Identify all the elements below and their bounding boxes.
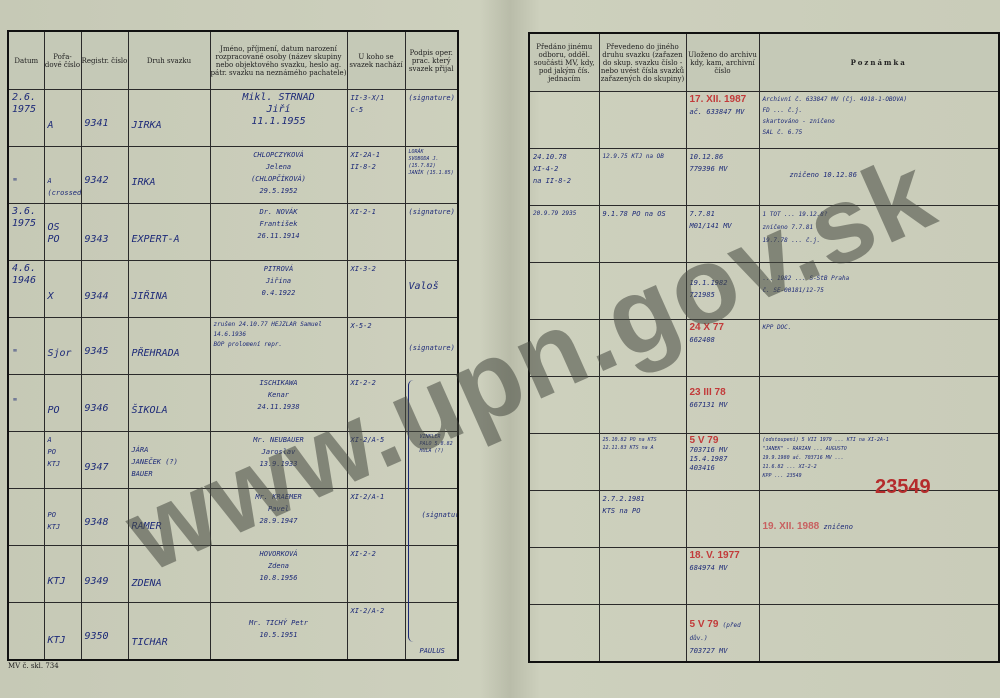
row-signature: (signature) bbox=[422, 509, 455, 543]
row-archive: 703716 MV 15.4.1987 403416 bbox=[690, 446, 728, 472]
archive-stamp: 5 V 79 bbox=[690, 619, 719, 630]
row-handed bbox=[533, 94, 596, 146]
row-location: X-5-2 bbox=[351, 320, 402, 372]
row-order: A (crossed) bbox=[48, 175, 78, 201]
row-note: Archivní č. 633847 MV (čj. 4918-1-OBOVA)… bbox=[763, 94, 996, 146]
row-date: " bbox=[12, 397, 41, 429]
row-date bbox=[12, 548, 41, 600]
row-signature: (signature) bbox=[409, 92, 455, 144]
archive-stamp: 24 X 77 bbox=[690, 322, 724, 333]
table-row: 4.6. 1946 X 9344 JIŘINA PITROVÁ Jiřina 0… bbox=[8, 261, 458, 318]
table-row: PO KTJ 9348 RAMER Mr. KRAEMER Pavel 28.9… bbox=[8, 489, 458, 546]
header-order-number: Pořa- dové číslo bbox=[44, 31, 81, 90]
row-reg: 9350 bbox=[85, 631, 125, 657]
row-reg: 9348 bbox=[85, 517, 125, 543]
header-handed-over: Předáno jinému odboru, odděl. součásti M… bbox=[529, 33, 599, 92]
signature-bracket bbox=[408, 380, 419, 642]
row-handed bbox=[533, 607, 596, 659]
row-person: HOVORKOVÁ Zdena 10.8.1956 bbox=[214, 548, 344, 600]
header-date: Datum bbox=[8, 31, 44, 90]
row-handed bbox=[533, 265, 596, 317]
row-converted bbox=[603, 322, 683, 374]
row-order: KTJ bbox=[48, 635, 78, 657]
row-location: II-3-X/1 C-5 bbox=[351, 92, 402, 144]
row-location: XI-3-2 bbox=[351, 263, 402, 315]
row-reg: 9346 bbox=[85, 403, 125, 429]
row-type: JÁRA JANEČEK (?) BAUER bbox=[132, 444, 207, 486]
row-reg: 9345 bbox=[85, 346, 125, 372]
row-handed: 24.10.78 XI-4-2 na II-8-2 bbox=[533, 151, 596, 203]
row-reg: 9343 bbox=[85, 234, 125, 258]
table-row: 2.7.2.1981 KTS na PO 19. XII. 1988 zniče… bbox=[529, 491, 999, 548]
row-reg: 9344 bbox=[85, 291, 125, 315]
table-row: " Sjor 9345 PŘEHRADA zrušen 24.10.77 HEJ… bbox=[8, 318, 458, 375]
row-archive: 7.7.81 M01/141 MV bbox=[690, 208, 756, 260]
right-ledger-table: Předáno jinému odboru, odděl. součásti M… bbox=[528, 32, 1000, 663]
row-note: KPP DOC. bbox=[763, 322, 996, 374]
table-row: 3.6. 1975 OS PO 9343 EXPERT-A Dr. NOVÁK … bbox=[8, 204, 458, 261]
row-handed bbox=[533, 493, 596, 545]
archive-stamp: 18. V. 1977 bbox=[690, 550, 740, 561]
table-row: 5 V 79 (před dův.)703727 MV bbox=[529, 605, 999, 663]
table-row: 20.9.79 2935 9.1.78 PO na OS 7.7.81 M01/… bbox=[529, 206, 999, 263]
row-location: XI-2/A-2 bbox=[351, 605, 402, 657]
row-type: ZDENA bbox=[132, 578, 207, 600]
row-signature: (signature) bbox=[409, 342, 455, 372]
row-date: 4.6. 1946 bbox=[12, 263, 41, 315]
note-stamp: 19. XII. 1988 bbox=[763, 521, 820, 532]
row-handed bbox=[533, 322, 596, 374]
row-reg: 9341 bbox=[85, 118, 125, 144]
header-file-location: U koho se svazek nachází bbox=[347, 31, 405, 90]
table-row: 19.1.1982 721985 ... 1982 ... S-StB Prah… bbox=[529, 263, 999, 320]
row-person: Mr. KRAEMER Pavel 28.9.1947 bbox=[214, 491, 344, 543]
row-type: RAMER bbox=[132, 521, 207, 543]
row-signature: LORÁK SVOBODA J. (15.7.82) JANÍK (15.1.8… bbox=[409, 149, 455, 201]
form-code: MV č. skl. 734 bbox=[8, 662, 59, 670]
row-converted: 25.10.82 PO na KTS 12.11.83 KTS na A bbox=[603, 436, 683, 488]
row-location: XI-2-2 bbox=[351, 548, 402, 600]
row-person: Mikl. STRNAD Jiří 11.1.1955 bbox=[214, 92, 344, 144]
row-signature: VINKLER PALO 5.8.82 HULA (?) bbox=[420, 434, 455, 486]
row-date: " bbox=[12, 348, 41, 372]
row-date: 3.6. 1975 bbox=[12, 206, 41, 258]
archive-stamp: 23 III 78 bbox=[690, 387, 726, 398]
row-archive: 703727 MV bbox=[690, 647, 728, 655]
table-row: KTJ 9350 TICHAR Mr. TICHÝ Petr 10.5.1951… bbox=[8, 603, 458, 661]
row-reg: 9347 bbox=[85, 462, 125, 486]
registry-number-stamp: 23549 bbox=[875, 476, 931, 499]
header-archived: Uloženo do archivu kdy, kam, archivní čí… bbox=[686, 33, 759, 92]
header-officer-signature: Podpis oper. prac. který svazek přijal bbox=[405, 31, 458, 90]
row-converted: 12.9.75 KTJ na OB bbox=[603, 151, 683, 203]
row-order: PO bbox=[48, 405, 78, 429]
row-reg: 9349 bbox=[85, 576, 125, 600]
header-note: Poznámka bbox=[759, 33, 999, 92]
row-handed: 20.9.79 2935 bbox=[533, 208, 596, 260]
left-page: Datum Pořa- dové číslo Registr. číslo Dr… bbox=[0, 0, 505, 698]
row-note bbox=[763, 607, 996, 659]
right-page: Předáno jinému odboru, odděl. součásti M… bbox=[515, 0, 1000, 698]
row-signature: (signature) bbox=[409, 206, 455, 258]
row-location: XI-2/A-5 bbox=[351, 434, 402, 486]
row-person: Mr. TICHÝ Petr 10.5.1951 bbox=[214, 617, 344, 657]
row-handed bbox=[533, 379, 596, 431]
row-converted bbox=[603, 379, 683, 431]
row-person: Dr. NOVÁK František 26.11.1914 bbox=[214, 206, 344, 258]
table-row: 24.10.78 XI-4-2 na II-8-2 12.9.75 KTJ na… bbox=[529, 149, 999, 206]
row-order: OS PO bbox=[48, 222, 78, 258]
row-person: ISCHIKAWA Kenar 24.11.1938 bbox=[214, 377, 344, 429]
row-order: X bbox=[48, 291, 78, 315]
table-row: KTJ 9349 ZDENA HOVORKOVÁ Zdena 10.8.1956… bbox=[8, 546, 458, 603]
row-type: EXPERT-A bbox=[132, 234, 207, 258]
header-converted: Převedeno do jiného druhu svazku (zařaze… bbox=[599, 33, 686, 92]
row-note bbox=[763, 379, 996, 431]
row-type: JIRKA bbox=[132, 120, 207, 144]
table-row: A PO KTJ 9347 JÁRA JANEČEK (?) BAUER Mr.… bbox=[8, 432, 458, 489]
row-person: zrušen 24.10.77 HEJZLAR Samuel 14.6.1936… bbox=[214, 320, 344, 372]
row-date: 2.6. 1975 bbox=[12, 92, 41, 144]
row-type: PŘEHRADA bbox=[132, 348, 207, 372]
table-row: 2.6. 1975 A 9341 JIRKA Mikl. STRNAD Jiří… bbox=[8, 90, 458, 147]
table-row: 17. XII. 1987ač. 633847 MV Archivní č. 6… bbox=[529, 92, 999, 149]
row-archive: 19.1.1982 721985 bbox=[690, 277, 756, 317]
row-handed bbox=[533, 550, 596, 602]
row-order: PO KTJ bbox=[48, 509, 78, 543]
table-row: 24 X 77662408 KPP DOC. bbox=[529, 320, 999, 377]
row-location: XI-2A-1 II-8-2 bbox=[351, 149, 402, 201]
row-order: Sjor bbox=[48, 348, 78, 372]
right-header-row: Předáno jinému odboru, odděl. součásti M… bbox=[529, 33, 999, 92]
row-note: zničeno 10.12.86 bbox=[790, 169, 996, 203]
row-type: IRKA bbox=[132, 177, 207, 201]
row-date bbox=[12, 434, 41, 486]
table-row: 18. V. 1977684974 MV bbox=[529, 548, 999, 605]
row-note: ... 1982 ... S-StB Praha č. SE-00181/12-… bbox=[763, 273, 996, 317]
row-converted bbox=[603, 550, 683, 602]
row-type: JIŘINA bbox=[132, 291, 207, 315]
row-archive: 662408 bbox=[690, 336, 715, 344]
row-archive: 667131 MV bbox=[690, 401, 728, 409]
row-date bbox=[12, 491, 41, 543]
row-location: XI-2/A-1 bbox=[351, 491, 402, 543]
row-signature: PAULUS bbox=[420, 645, 455, 657]
header-file-type: Druh svazku bbox=[128, 31, 210, 90]
row-type: TICHAR bbox=[132, 637, 207, 657]
row-order: A PO KTJ bbox=[48, 434, 78, 486]
row-note bbox=[763, 550, 996, 602]
row-note: zničeno bbox=[823, 523, 853, 531]
row-converted bbox=[603, 94, 683, 146]
table-row: 23 III 78667131 MV bbox=[529, 377, 999, 434]
row-date: " bbox=[12, 177, 41, 201]
row-reg: 9342 bbox=[85, 175, 125, 201]
row-location: XI-2-1 bbox=[351, 206, 402, 258]
row-person: CHLOPCZYKOVÁ Jelena (CHLOPČÍKOVÁ) 29.5.1… bbox=[214, 149, 344, 201]
row-handed bbox=[533, 436, 596, 488]
left-ledger-table: Datum Pořa- dové číslo Registr. číslo Dr… bbox=[7, 30, 459, 661]
row-person: Mr. NEUBAUER Jaroslav 13.9.1933 bbox=[214, 434, 344, 486]
row-archive: 10.12.86 779396 MV bbox=[690, 151, 756, 203]
row-archive bbox=[690, 493, 756, 545]
archive-stamp: 17. XII. 1987 bbox=[690, 94, 747, 105]
row-order: KTJ bbox=[48, 576, 78, 600]
row-order: A bbox=[48, 120, 78, 144]
header-person-name: Jméno, příjmení, datum narození rozpraco… bbox=[210, 31, 347, 90]
row-archive: 684974 MV bbox=[690, 564, 728, 572]
row-type: ŠIKOLA bbox=[132, 405, 207, 429]
row-date bbox=[12, 605, 41, 657]
header-registration-number: Registr. číslo bbox=[81, 31, 128, 90]
archive-stamp: 5 V 79 bbox=[690, 435, 719, 446]
row-note: 1 TOT ... 19.12.8? zničeno 7.7.81 19.7.7… bbox=[763, 208, 996, 260]
row-archive: ač. 633847 MV bbox=[690, 108, 745, 116]
table-row: " PO 9346 ŠIKOLA ISCHIKAWA Kenar 24.11.1… bbox=[8, 375, 458, 432]
table-row: " A (crossed) 9342 IRKA CHLOPCZYKOVÁ Jel… bbox=[8, 147, 458, 204]
row-converted bbox=[603, 265, 683, 317]
row-person: PITROVÁ Jiřina 0.4.1922 bbox=[214, 263, 344, 315]
row-location: XI-2-2 bbox=[351, 377, 402, 429]
row-converted: 2.7.2.1981 KTS na PO bbox=[603, 493, 683, 545]
row-signature: Valoš bbox=[409, 281, 455, 315]
row-converted: 9.1.78 PO na OS bbox=[603, 208, 683, 260]
row-converted bbox=[603, 607, 683, 659]
left-header-row: Datum Pořa- dové číslo Registr. číslo Dr… bbox=[8, 31, 458, 90]
